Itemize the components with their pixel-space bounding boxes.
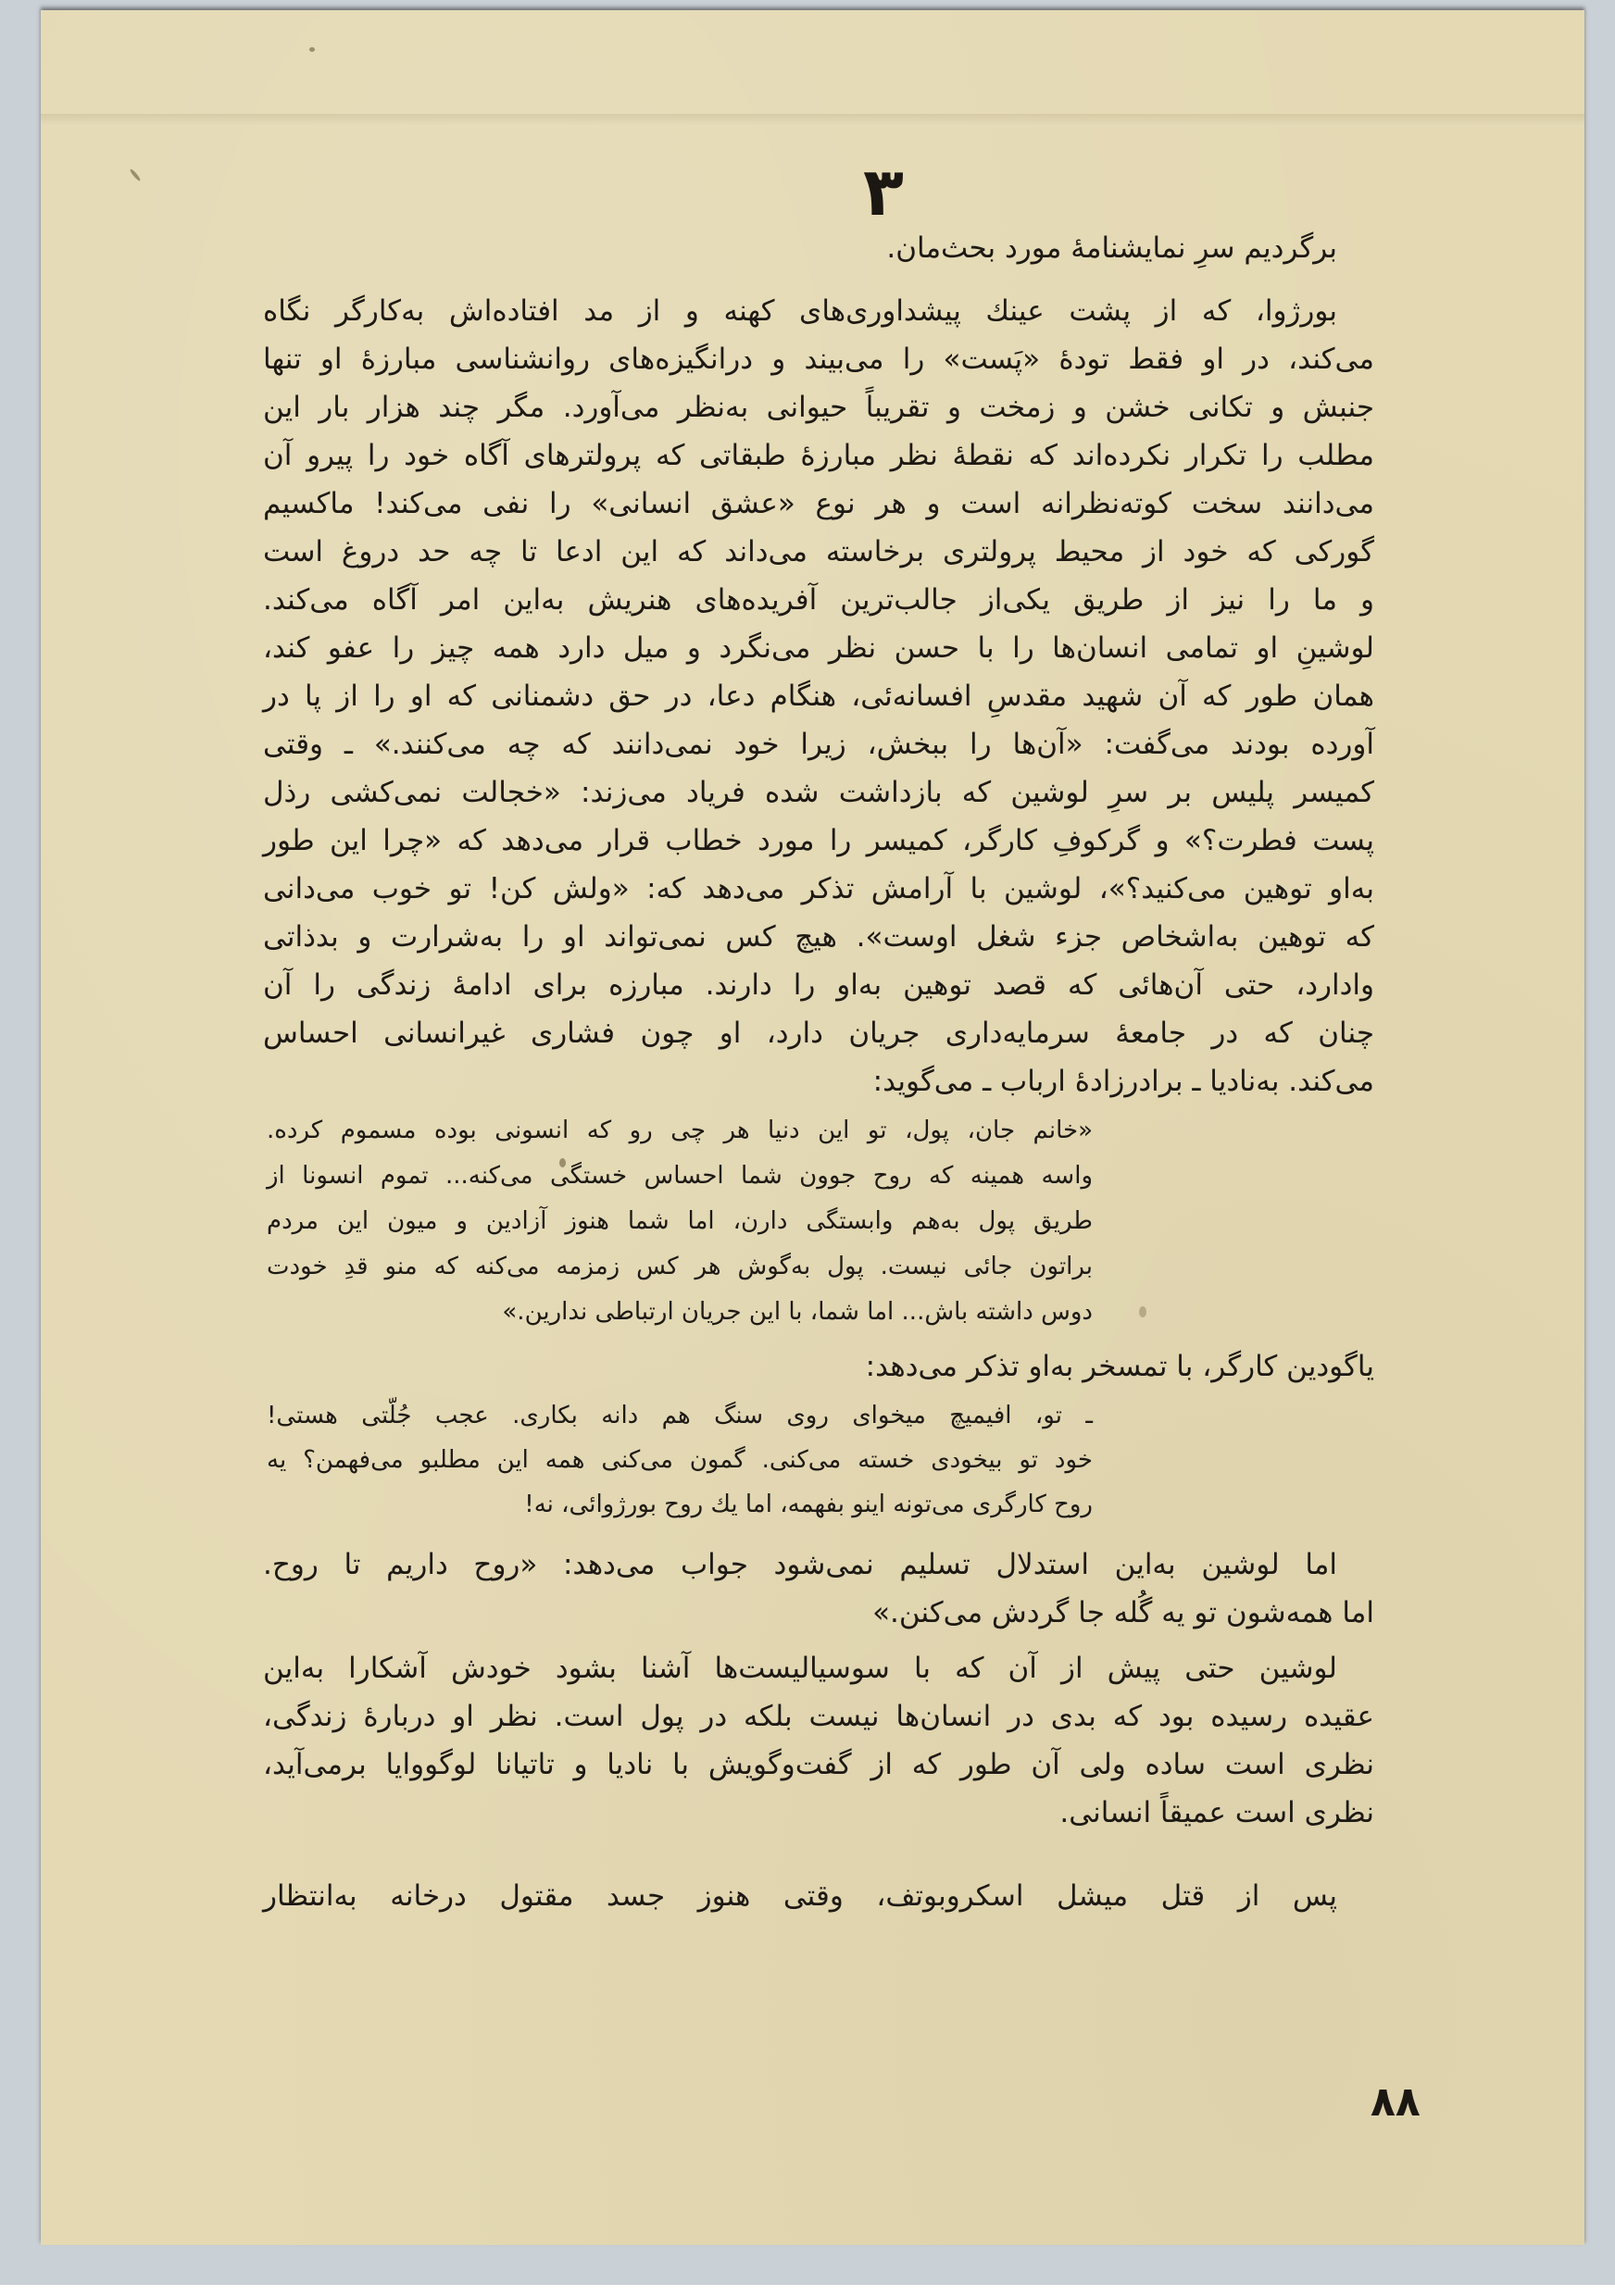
paper-speck <box>309 47 315 52</box>
quote-text-line: طریق پول به‌هم وابستگی دارن، اما شما هنو… <box>267 1207 1093 1235</box>
body-text-line: کمیسر پلیس بر سرِ لوشین که بازداشت شده ف… <box>263 776 1374 809</box>
chapter-number: ۳ <box>837 158 930 225</box>
body-text-line: که توهین به‌اشخاص جزء شغل اوست». هیچ کس … <box>263 920 1374 954</box>
scan-bottom-margin <box>0 2285 1615 2296</box>
body-text-line: وادارد، حتی آن‌هائی که قصد توهین به‌او ر… <box>263 968 1374 1002</box>
body-text-line: چنان که در جامعهٔ سرمایه‌داری جریان دارد… <box>263 1017 1374 1050</box>
quote-text-line: «خانم جان، پول، تو این دنیا هر چی رو که … <box>267 1117 1093 1144</box>
quote-text-line: ـ تو، افیمیچ میخوای روی سنگ هم دانه بکار… <box>267 1402 1093 1429</box>
body-text-line: عقیده رسیده بود که بدی در انسان‌ها نیست … <box>263 1700 1374 1733</box>
quote-text-line: روح کارگری می‌تونه اینو بفهمه، اما یك رو… <box>267 1491 1093 1518</box>
body-text-line: به‌او توهین می‌کنید؟»، لوشین با آرامش تذ… <box>263 872 1374 905</box>
body-text-line: می‌دانند سخت کوته‌نظرانه است و هر نوع «ع… <box>263 487 1374 520</box>
paper-speck <box>1139 1306 1146 1317</box>
body-text-line: بورژوا، که از پشت عینك پیشداوری‌های کهنه… <box>263 294 1337 328</box>
quote-text-line: خود تو بیخودی خسته می‌کنی. گمون می‌کنی ه… <box>267 1446 1093 1474</box>
quote-text-line: براتون جائی نیست. پول به‌گوش هر کس زمزمه… <box>267 1253 1093 1280</box>
body-text-line: اما همه‌شون تو یه گُله جا گردش می‌کنن.» <box>263 1596 1374 1629</box>
body-text-line: می‌کند. به‌نادیا ـ برادرزادهٔ ارباب ـ می… <box>263 1065 1374 1098</box>
body-text-line: لوشین حتی پیش از آن که با سوسیالیست‌ها آ… <box>263 1652 1337 1685</box>
body-text-line: نظری است عمیقاً انسانی. <box>263 1796 1374 1829</box>
body-text-line: می‌کند، در او فقط تودهٔ «پَست» را می‌بین… <box>263 343 1374 376</box>
body-text-line: و ما را نیز از طریق یکی‌از جالب‌ترین آفر… <box>263 583 1374 617</box>
body-text-line: مطلب را تکرار نکرده‌اند که نقطهٔ نظر مبا… <box>263 439 1374 472</box>
quote-text-line: دوس داشته باش... اما شما، با این جریان ا… <box>267 1298 1093 1326</box>
body-text-line: پست فطرت؟» و گرکوفِ کارگر، کمیسر را مورد… <box>263 824 1374 857</box>
body-text-line: لوشینِ او تمامی انسان‌ها را با حسن نظر م… <box>263 631 1374 665</box>
paper-fold-shadow <box>41 114 1584 127</box>
body-text-line: گورکی که خود از محیط پرولتری برخاسته می‌… <box>263 535 1374 568</box>
body-text-line: همان طور که آن شهید مقدسِ افسانه‌ئی، هنگ… <box>263 680 1374 713</box>
body-text-line: جنبش و تکانی خشن و زمخت و تقریباً حیوانی… <box>263 391 1374 424</box>
body-text-line: پس از قتل میشل اسکروبوتف، وقتی هنوز جسد … <box>263 1879 1337 1913</box>
body-text-line: اما لوشین به‌این استدلال تسلیم نمی‌شود ج… <box>263 1548 1337 1581</box>
body-text-line: نظری است ساده ولی آن طور که از گفت‌وگویش… <box>263 1748 1374 1781</box>
quote-text-line: واسه همینه که روح جوون شما احساس خستگی م… <box>267 1162 1093 1190</box>
page-number: ۸۸ <box>1371 2078 1421 2126</box>
paper-speck <box>129 168 141 182</box>
body-text-line: یاگودین کارگر، با تمسخر به‌او تذکر می‌ده… <box>263 1350 1374 1383</box>
body-text-line: آورده بودند می‌گفت: «آن‌ها را ببخش، زیرا… <box>263 728 1374 761</box>
body-text-line: برگردیم سرِ نمایشنامهٔ مورد بحث‌مان. <box>263 231 1337 265</box>
